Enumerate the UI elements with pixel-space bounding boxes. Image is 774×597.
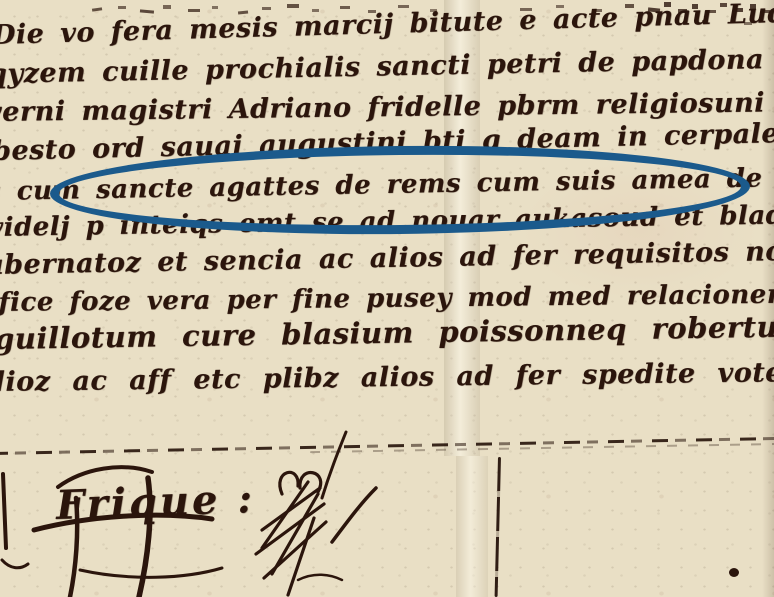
manuscript-scan-page: Die vo fera mesis marcij bitute e acte p… xyxy=(0,0,774,597)
manuscript-line-2: qyzem cuille prochialis sancti petri de … xyxy=(0,41,774,90)
signature-frique: Frique : xyxy=(55,475,256,529)
swoosh-stroke xyxy=(332,488,376,542)
swoosh-stroke-upper xyxy=(322,432,346,498)
vertical-fold-shading-lower xyxy=(456,456,488,597)
lower-curl xyxy=(298,575,342,580)
ink-blot xyxy=(729,568,739,577)
notary-knot-flourish xyxy=(256,472,326,595)
vertical-fold-crease xyxy=(495,457,501,597)
manuscript-line-10: dioz ac aff etc plibz alios ad fer spedi… xyxy=(0,355,774,398)
left-edge-curl xyxy=(2,560,28,568)
manuscript-line-1: Die vo fera mesis marcij bitute e acte p… xyxy=(0,0,774,51)
left-edge-mark xyxy=(3,474,6,548)
signature-underline xyxy=(80,568,222,577)
